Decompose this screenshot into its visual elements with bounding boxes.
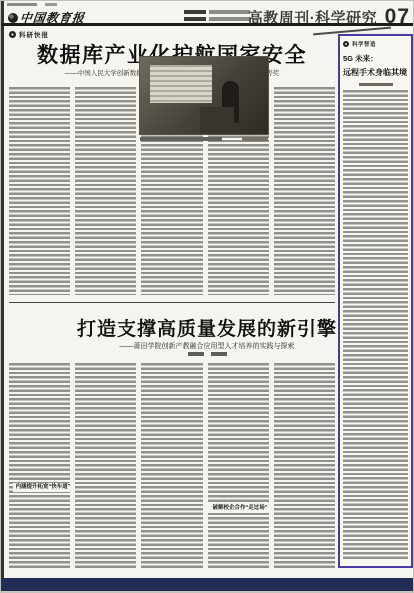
second-article: 打造支撑高质量发展的新引擎 ——莆田学院创新产教融合应用型人才培养的实践与探索 …: [9, 307, 335, 569]
sidebar-article-title: 远程手术身临其境: [343, 67, 408, 78]
body-text-column: [9, 363, 70, 569]
sidebar-body-text: [343, 90, 408, 561]
sidebar-article-box: 科学智造 5G 未来： 远程手术身临其境: [338, 34, 413, 568]
article-divider-rule: [9, 302, 335, 303]
inline-subhead: 破解校企合作“走过场”: [208, 504, 272, 513]
body-text-column: [274, 87, 335, 295]
column-tag-label: 科研快报: [19, 30, 49, 39]
body-text-column: [75, 87, 136, 295]
masthead-rule: [1, 23, 414, 26]
body-text-column: [141, 363, 202, 569]
second-article-byline: [77, 352, 337, 356]
photo-projection-screen: [150, 65, 212, 103]
second-article-title: 打造支撑高质量发展的新引擎: [77, 314, 337, 341]
micro-header-text: [45, 3, 57, 6]
sidebar-column-tag: 科学智造: [343, 40, 408, 48]
rosette-icon: [9, 31, 16, 38]
second-article-body-columns: [9, 363, 335, 569]
article-photo: [140, 57, 268, 134]
column-tag: 科研快报: [9, 30, 49, 39]
brand-logo-icon: [8, 13, 18, 23]
photo-caption: [140, 137, 268, 141]
sidebar-tag-label: 科学智造: [352, 40, 376, 48]
micro-header-text: [7, 3, 37, 6]
second-article-subtitle: ——莆田学院创新产教融合应用型人才培养的实践与探索: [77, 341, 337, 351]
body-text-column: [208, 363, 269, 569]
footer-bar: [1, 578, 414, 591]
sidebar-byline: [359, 83, 393, 86]
inline-subhead: 内涵提升拓宽“快车道”: [13, 483, 73, 492]
rosette-icon: [343, 41, 349, 47]
newspaper-page: 中国教育报 高教周刊·科学研究 07 科研快报 数据库产业化护航国家安全 ——中…: [0, 0, 414, 593]
sidebar-title-kicker: 5G 未来：: [343, 53, 408, 64]
page-left-edge: [1, 1, 4, 591]
body-text-column: [274, 363, 335, 569]
photo-podium: [200, 107, 234, 134]
body-text-column: [75, 363, 136, 569]
body-text-column: [9, 87, 70, 295]
